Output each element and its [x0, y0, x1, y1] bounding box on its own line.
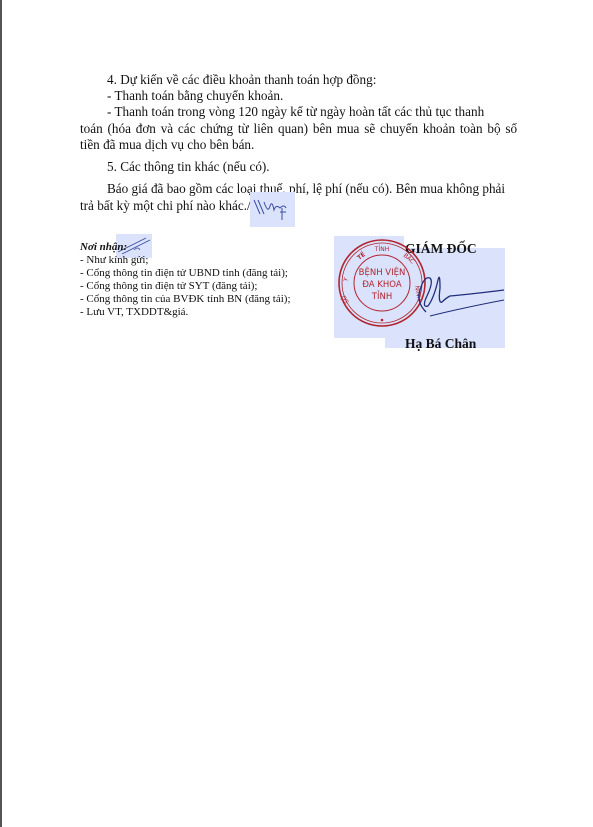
- recipient-item: - Cổng thông tin điện tử SYT (đăng tải);: [80, 280, 257, 293]
- recipients-title: Nơi nhận:: [80, 241, 127, 254]
- stamp-line-3: TỈNH: [371, 290, 392, 302]
- recipient-item: - Lưu VT, TXDDT&giá.: [80, 306, 188, 319]
- recipient-item: - Cổng thông tin của BVĐK tỉnh BN (đăng …: [80, 293, 291, 306]
- stamp-line-2: ĐA KHOA: [362, 280, 401, 290]
- recipient-item: - Như kính gửi;: [80, 254, 148, 267]
- stamp-line-1: BỆNH VIỆN: [359, 266, 406, 278]
- page-left-border: [0, 0, 2, 827]
- section-5-heading: 5. Các thông tin khác (nếu có).: [107, 159, 270, 175]
- svg-text:Y: Y: [342, 277, 350, 284]
- signer-name: Hạ Bá Chân: [405, 336, 476, 352]
- recipient-item: - Cổng thông tin điện tử UBND tỉnh (đăng…: [80, 267, 288, 280]
- note-line-2: trả bất kỳ một chi phí nào khác./.: [80, 198, 254, 214]
- payment-item-2-line-3: tiền đã mua dịch vụ cho bên bán.: [80, 137, 254, 153]
- svg-text:TỈNH: TỈNH: [374, 245, 389, 253]
- note-line-1: Báo giá đã bao gồm các loại thuế, phí, l…: [107, 181, 505, 197]
- director-signature-icon: [412, 262, 507, 327]
- payment-item-1: - Thanh toán bằng chuyển khoản.: [107, 88, 283, 104]
- initial-signature-icon: [250, 192, 295, 227]
- payment-item-2-line-1: - Thanh toán trong vòng 120 ngày kể từ n…: [107, 104, 484, 120]
- payment-item-2-line-2: toán (hóa đơn và các chứng từ liên quan)…: [80, 121, 517, 137]
- section-4-heading: 4. Dự kiến về các điều khoản thanh toán …: [107, 72, 376, 88]
